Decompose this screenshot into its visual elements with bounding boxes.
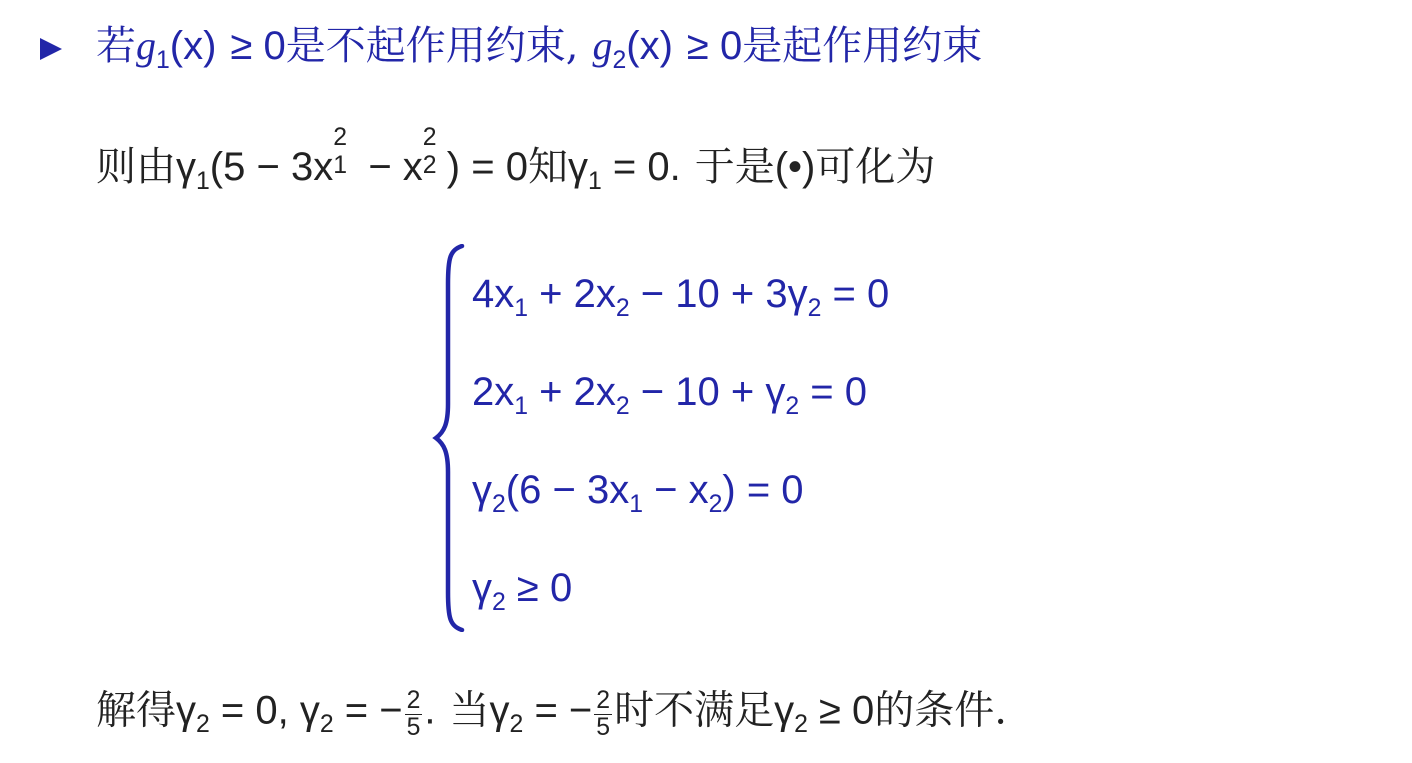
gamma2-subscript: 2 xyxy=(320,711,334,738)
g1-subscript: 1 xyxy=(156,47,170,74)
fraction-two-fifths: 25 xyxy=(405,688,423,741)
eq1-sub: 2 xyxy=(808,295,822,322)
eq3-sub: 1 xyxy=(629,491,643,518)
gamma2-symbol: γ xyxy=(774,689,794,733)
intro-expr-a: (5 − 3x xyxy=(210,145,333,189)
eq3-part: (6 − 3x xyxy=(506,468,629,512)
eq2-part: + 2x xyxy=(528,370,616,414)
intro-line: 则由γ1(5 − 3x21 − x22) = 0知γ1 = 0.于是(•)可化为 xyxy=(96,140,935,187)
fraction-numerator: 2 xyxy=(405,688,423,715)
lecture-slide: 若g1(x)≥ 0是不起作用约束,g2(x)≥ 0是起作用约束 则由γ1(5 −… xyxy=(0,0,1412,763)
intro-text-from: 则由 xyxy=(96,144,176,190)
intro-text-know: 知 xyxy=(528,144,568,190)
solution-zero: = 0, xyxy=(210,689,300,733)
fraction-numerator: 2 xyxy=(594,688,612,715)
gamma2-subscript: 2 xyxy=(794,711,808,738)
eq3-part: ) = 0 xyxy=(722,468,803,512)
heading-text-inactive: 是不起作用约束, xyxy=(286,23,579,69)
gamma2-symbol: γ xyxy=(490,689,510,733)
eq2-sub: 2 xyxy=(616,393,630,420)
eq1-part: − 10 + 3γ xyxy=(630,272,808,316)
fraction-denominator: 5 xyxy=(405,715,423,741)
g2-subscript: 2 xyxy=(612,47,626,74)
equation-row-3: γ2(6 − 3x1 − x2) = 0 xyxy=(472,470,804,510)
gamma2-symbol: γ xyxy=(300,689,320,733)
g1-relation: ≥ 0 xyxy=(230,24,285,68)
bullet-heading: 若g1(x)≥ 0是不起作用约束,g2(x)≥ 0是起作用约束 xyxy=(96,26,982,66)
solution-negative: = − xyxy=(334,689,403,733)
gamma1-subscript-2: 1 xyxy=(588,168,602,195)
g2-argument: (x) xyxy=(626,24,673,68)
conclusion-text-condition: 的条件. xyxy=(874,688,1007,734)
conclusion-text-not-satisfy: 时不满足 xyxy=(614,688,774,734)
eq2-sub: 1 xyxy=(514,393,528,420)
gamma2-subscript: 2 xyxy=(196,711,210,738)
conclusion-text-when: 当 xyxy=(450,688,490,734)
eq2-part: − 10 + γ xyxy=(630,370,786,414)
g2-relation: ≥ 0 xyxy=(687,24,742,68)
x1-squared-scripts: 21 xyxy=(333,140,357,180)
left-brace-icon xyxy=(432,244,466,632)
eq3-part: γ xyxy=(472,468,492,512)
eq3-part: − x xyxy=(643,468,709,512)
fraction-two-fifths-2: 25 xyxy=(594,688,612,741)
intro-expr-c: ) = 0 xyxy=(447,145,528,189)
equation-reference: (•) xyxy=(775,145,816,189)
gamma1-symbol-2: γ xyxy=(568,145,588,189)
eq3-sub: 2 xyxy=(492,491,506,518)
eq4-part: ≥ 0 xyxy=(506,566,572,610)
g2-symbol: g xyxy=(592,23,612,68)
intro-text-becomes: 可化为 xyxy=(815,144,935,190)
gamma2-subscript: 2 xyxy=(510,711,524,738)
conclusion-line: 解得γ2 = 0, γ2 = −25.当γ2 = −25时不满足γ2 ≥ 0的条… xyxy=(96,686,1007,739)
eq1-part: = 0 xyxy=(821,272,889,316)
eq1-sub: 1 xyxy=(514,295,528,322)
gamma2-symbol: γ xyxy=(176,689,196,733)
eq2-part: = 0 xyxy=(799,370,867,414)
equation-row-1: 4x1 + 2x2 − 10 + 3γ2 = 0 xyxy=(472,274,889,314)
gamma1-symbol: γ xyxy=(176,145,196,189)
eq2-sub: 2 xyxy=(785,393,799,420)
eq1-sub: 2 xyxy=(616,295,630,322)
nonneg-condition: ≥ 0 xyxy=(808,689,874,733)
g1-symbol: g xyxy=(136,23,156,68)
eq3-sub: 2 xyxy=(709,491,723,518)
intro-text-then: 于是 xyxy=(695,144,775,190)
fraction-denominator: 5 xyxy=(594,715,612,741)
x2-squared-scripts: 22 xyxy=(423,140,447,180)
intro-expr-b: − x xyxy=(357,145,423,189)
intro-expr-d: = 0. xyxy=(602,145,681,189)
eq4-part: γ xyxy=(472,566,492,610)
triangle-right-icon xyxy=(40,38,62,60)
heading-text-if: 若 xyxy=(96,23,136,69)
g1-argument: (x) xyxy=(170,24,217,68)
condition-negative: = − xyxy=(523,689,592,733)
eq1-part: 4x xyxy=(472,272,514,316)
conclusion-text-solve: 解得 xyxy=(96,688,176,734)
gamma1-subscript: 1 xyxy=(196,168,210,195)
heading-text-active: 是起作用约束 xyxy=(742,23,982,69)
x1-superscript: 2 xyxy=(333,126,347,151)
eq4-sub: 2 xyxy=(492,589,506,616)
x2-superscript: 2 xyxy=(423,126,437,151)
period: . xyxy=(424,689,435,733)
x2-subscript: 2 xyxy=(423,154,437,179)
equation-row-4: γ2 ≥ 0 xyxy=(472,568,572,608)
eq1-part: + 2x xyxy=(528,272,616,316)
eq2-part: 2x xyxy=(472,370,514,414)
x1-subscript: 1 xyxy=(333,154,347,179)
equation-row-2: 2x1 + 2x2 − 10 + γ2 = 0 xyxy=(472,372,867,412)
